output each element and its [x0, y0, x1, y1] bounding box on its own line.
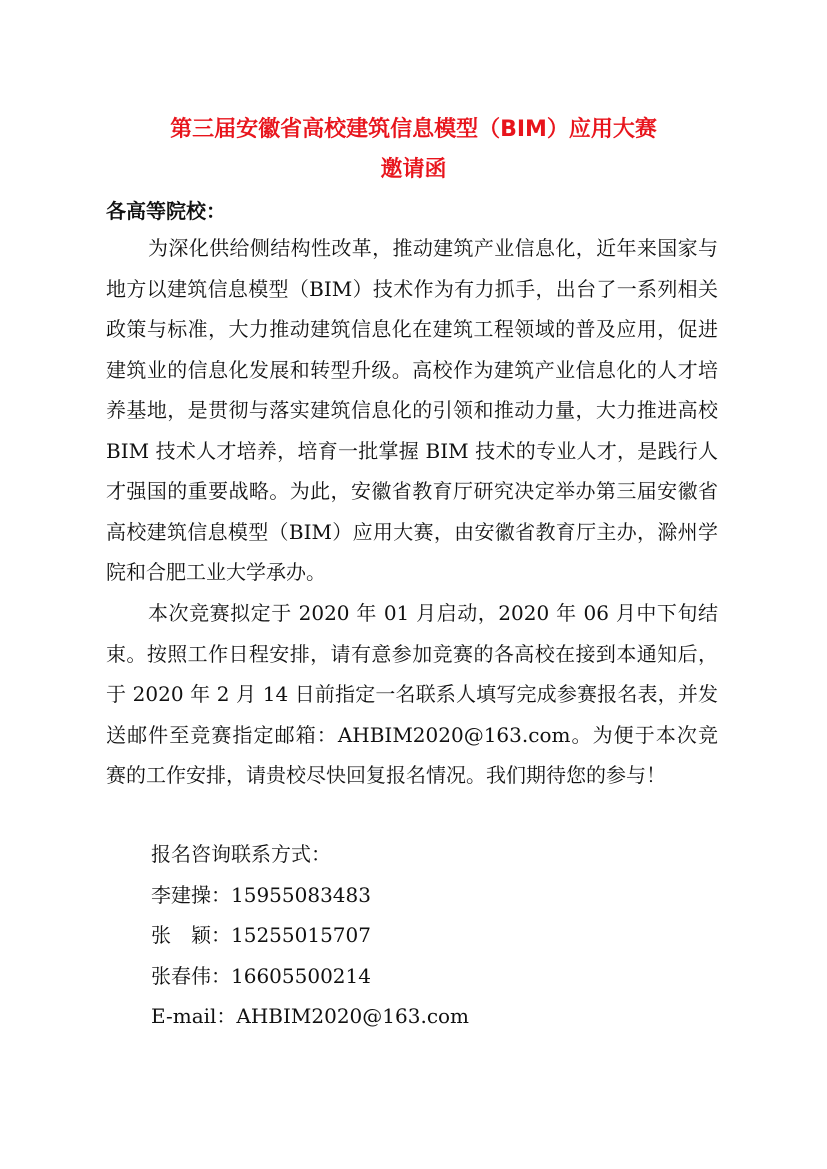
salutation: 各高等院校：	[106, 195, 226, 224]
contact-person: 张春伟：16605500214	[151, 956, 469, 997]
contact-name: 张 颖	[151, 923, 211, 947]
contact-phone: 16605500214	[231, 964, 371, 988]
colon: ：	[211, 883, 231, 907]
contact-person: 张 颖：15255015707	[151, 915, 469, 956]
document-subtitle: 邀请函	[0, 152, 827, 183]
contact-person: 李建操：15955083483	[151, 875, 469, 916]
contact-phone: 15955083483	[231, 883, 371, 907]
colon: ：	[211, 964, 231, 988]
paragraph-intro: 为深化供给侧结构性改革，推动建筑产业信息化，近年来国家与地方以建筑信息模型（BI…	[106, 228, 718, 593]
contact-email: E-mail：AHBIM2020@163.com	[151, 996, 469, 1037]
contact-name: 张春伟	[151, 964, 211, 988]
email-address: AHBIM2020@163.com	[236, 1004, 469, 1028]
document-page: 第三届安徽省高校建筑信息模型（BIM）应用大赛 邀请函 各高等院校： 为深化供给…	[0, 0, 827, 1169]
paragraph-schedule: 本次竞赛拟定于 2020 年 01 月启动，2020 年 06 月中下旬结束。按…	[106, 593, 718, 796]
document-title: 第三届安徽省高校建筑信息模型（BIM）应用大赛	[0, 112, 827, 143]
contact-name: 李建操	[151, 883, 211, 907]
colon: ：	[211, 923, 231, 947]
contact-block: 报名咨询联系方式： 李建操：15955083483 张 颖：1525501570…	[151, 834, 469, 1037]
contact-heading: 报名咨询联系方式：	[151, 834, 469, 875]
contact-phone: 15255015707	[231, 923, 371, 947]
email-label: E-mail：	[151, 1004, 236, 1028]
